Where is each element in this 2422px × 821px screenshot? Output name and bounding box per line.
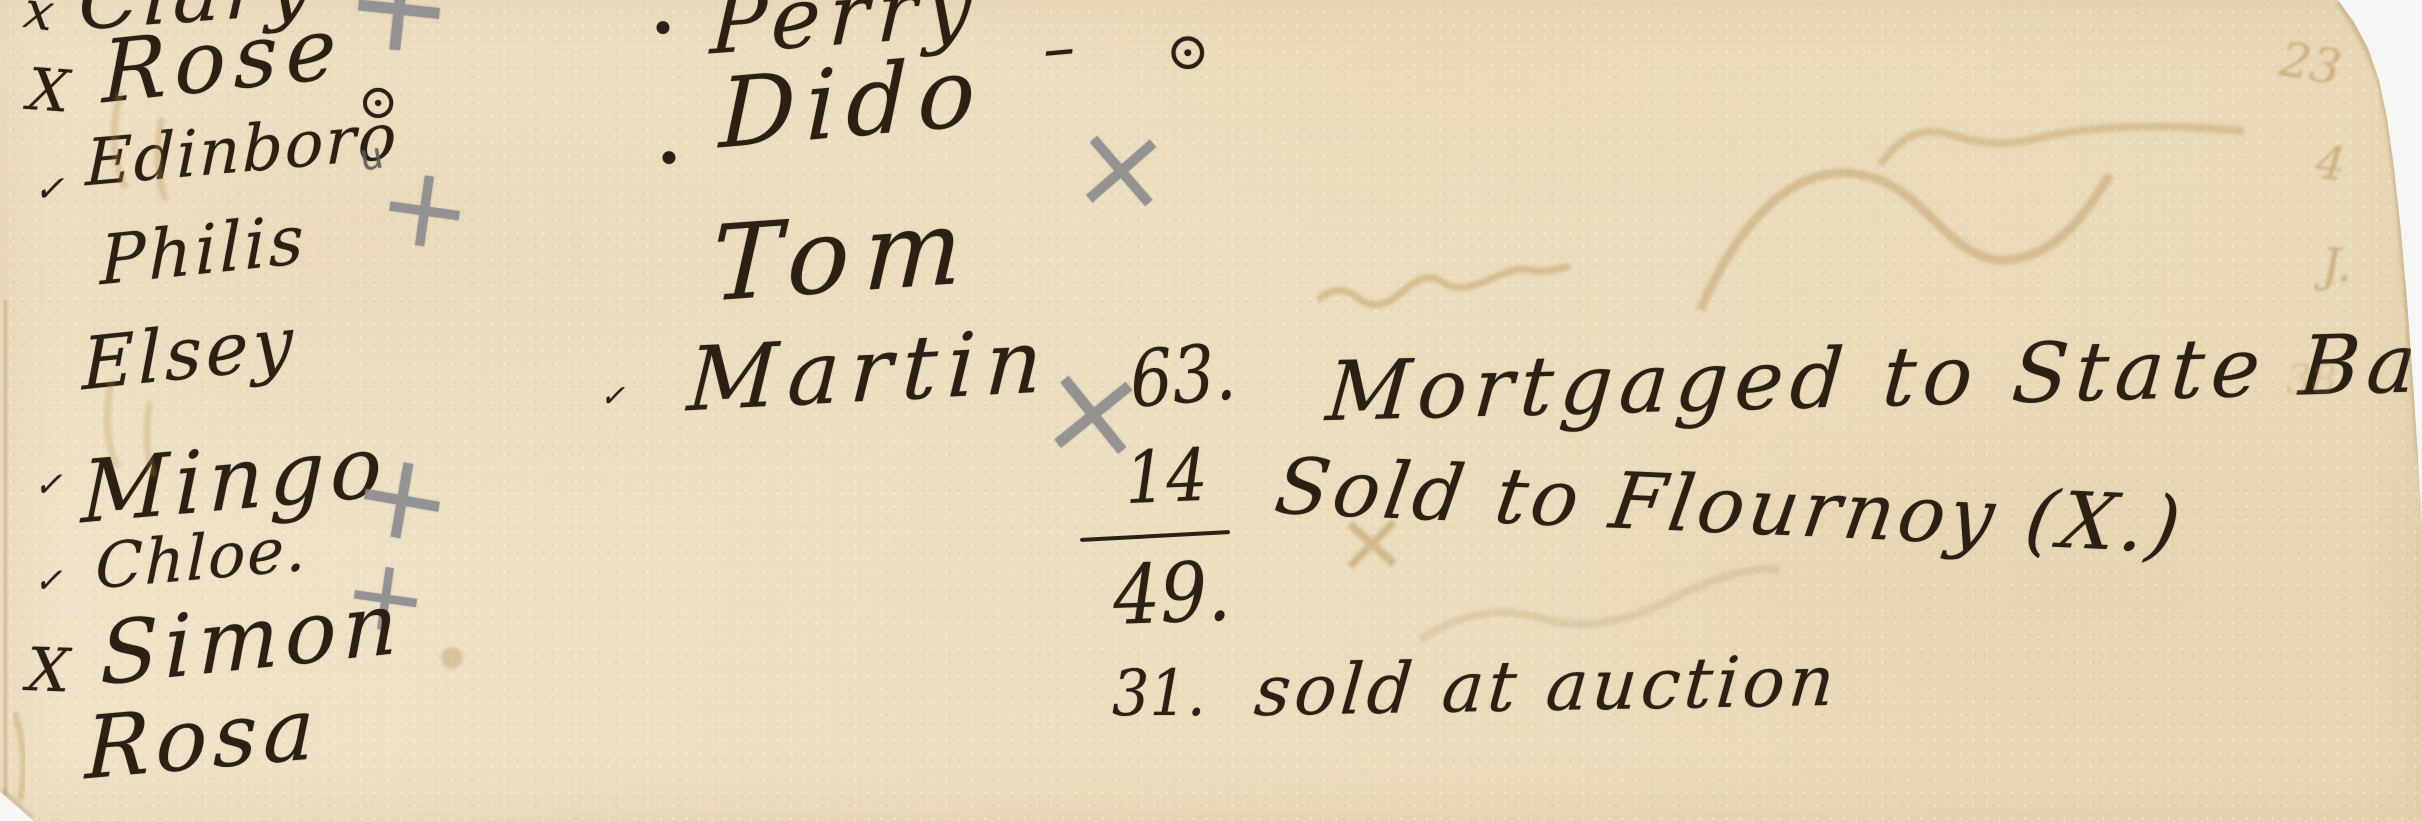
name-dido: Dido xyxy=(718,43,986,163)
bleedthrough-numeral: 4 xyxy=(2314,139,2348,188)
scanned-document: x Clary + X Rose ⊙ ✓ Edinboro u + Philis… xyxy=(0,0,2422,821)
bleedthrough-numeral: 38 xyxy=(2286,360,2337,400)
bleedthrough-numeral: J. xyxy=(2322,242,2352,288)
dash-mark: – xyxy=(1040,15,1077,82)
bleedthrough-script xyxy=(1880,127,2244,166)
bleedthrough-script xyxy=(14,712,24,800)
note-mortgaged: Mortgaged to State Bank xyxy=(1324,320,2422,434)
circled-dot-mark: ⊙ xyxy=(1166,26,1210,78)
ink-check-mark: ✓ xyxy=(34,172,64,208)
pencil-cross-mark: + xyxy=(339,0,461,75)
bullet-dot-mark: • xyxy=(650,8,676,52)
bleedthrough-numeral: 23 xyxy=(2276,35,2344,93)
bullet-dot-mark: • xyxy=(656,138,682,182)
ink-x-mark: x xyxy=(21,0,57,40)
ink-check-mark: ✓ xyxy=(34,564,63,598)
ink-check-mark: ✓ xyxy=(600,382,625,412)
ink-x-mark: X xyxy=(26,640,71,701)
name-elsey: Elsey xyxy=(82,305,297,400)
note-sold-flournoy: Sold to Flournoy (X.) xyxy=(1270,448,2189,565)
name-philis: Philis xyxy=(100,206,307,296)
bleedthrough-script xyxy=(1318,266,1570,305)
name-martin: Martin xyxy=(685,317,1054,424)
sum-rule xyxy=(1080,530,1230,542)
figure-49: 49. xyxy=(1112,551,1232,638)
ink-x-mark: X xyxy=(26,60,71,121)
name-tom: Tom xyxy=(710,194,978,317)
figure-31: 31. xyxy=(1112,662,1206,726)
pencil-x-mark: × xyxy=(1068,105,1175,230)
foxing-stain xyxy=(441,647,463,669)
bleedthrough-script xyxy=(1700,173,2110,310)
name-rosa: Rosa xyxy=(84,685,321,792)
pencil-cross-mark: + xyxy=(371,146,480,270)
bleedthrough-script xyxy=(1420,569,1780,640)
name-rose: Rose xyxy=(102,5,344,117)
paper-sheet: x Clary + X Rose ⊙ ✓ Edinboro u + Philis… xyxy=(0,0,2422,821)
note-sold-auction: sold at auction xyxy=(1252,646,1841,726)
paper-left-edge-shadow xyxy=(4,300,7,795)
ink-check-mark: ✓ xyxy=(34,468,63,502)
figure-14: 14 xyxy=(1124,439,1209,514)
figure-63: 63. xyxy=(1128,333,1238,419)
